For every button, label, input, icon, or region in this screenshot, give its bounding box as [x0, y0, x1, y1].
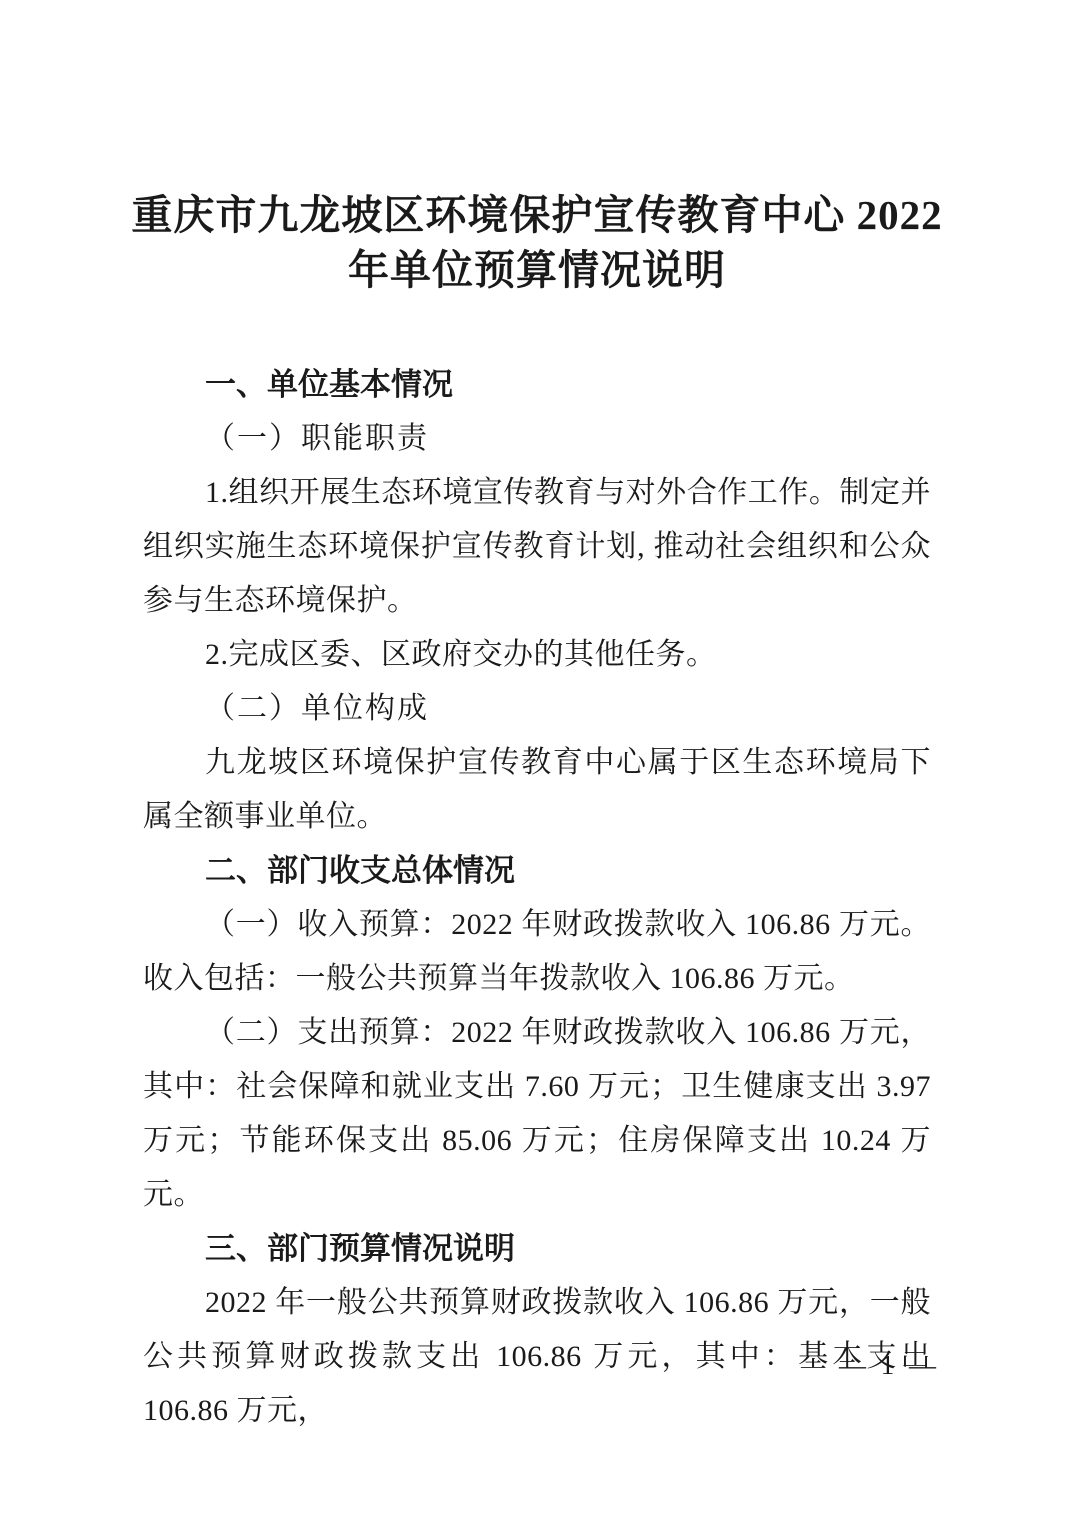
document-title-line-2: 年单位预算情况说明 — [80, 243, 994, 298]
paragraph-expenditure-budget: （二）支出预算：2022 年财政拨款收入 106.86 万元，其中：社会保障和就… — [143, 1006, 931, 1222]
page-number: — 1 — — [839, 1350, 940, 1381]
document-title: 重庆市九龙坡区环境保护宣传教育中心 2022 年单位预算情况说明 — [80, 188, 994, 298]
paragraph-duties-2: 2.完成区委、区政府交办的其他任务。 — [143, 628, 931, 682]
paragraph-unit-composition: 九龙坡区环境保护宣传教育中心属于区生态环境局下属全额事业单位。 — [143, 736, 931, 844]
paragraph-duties-1: 1.组织开展生态环境宣传教育与对外合作工作。制定并组织实施生态环境保护宣传教育计… — [143, 466, 931, 628]
subsection-1-2-heading: （二）单位构成 — [143, 682, 931, 736]
document-body: 一、单位基本情况 （一）职能职责 1.组织开展生态环境宣传教育与对外合作工作。制… — [143, 358, 931, 1438]
document-page: 重庆市九龙坡区环境保护宣传教育中心 2022 年单位预算情况说明 一、单位基本情… — [0, 0, 1074, 1520]
section-1-heading: 一、单位基本情况 — [143, 358, 931, 412]
document-title-line-1: 重庆市九龙坡区环境保护宣传教育中心 2022 — [80, 188, 994, 243]
paragraph-income-budget: （一）收入预算：2022 年财政拨款收入 106.86 万元。收入包括：一般公共… — [143, 898, 931, 1006]
section-2-heading: 二、部门收支总体情况 — [143, 844, 931, 898]
paragraph-budget-explanation: 2022 年一般公共预算财政拨款收入 106.86 万元，一般公共预算财政拨款支… — [143, 1276, 931, 1438]
section-3-heading: 三、部门预算情况说明 — [143, 1222, 931, 1276]
subsection-1-1-heading: （一）职能职责 — [143, 412, 931, 466]
